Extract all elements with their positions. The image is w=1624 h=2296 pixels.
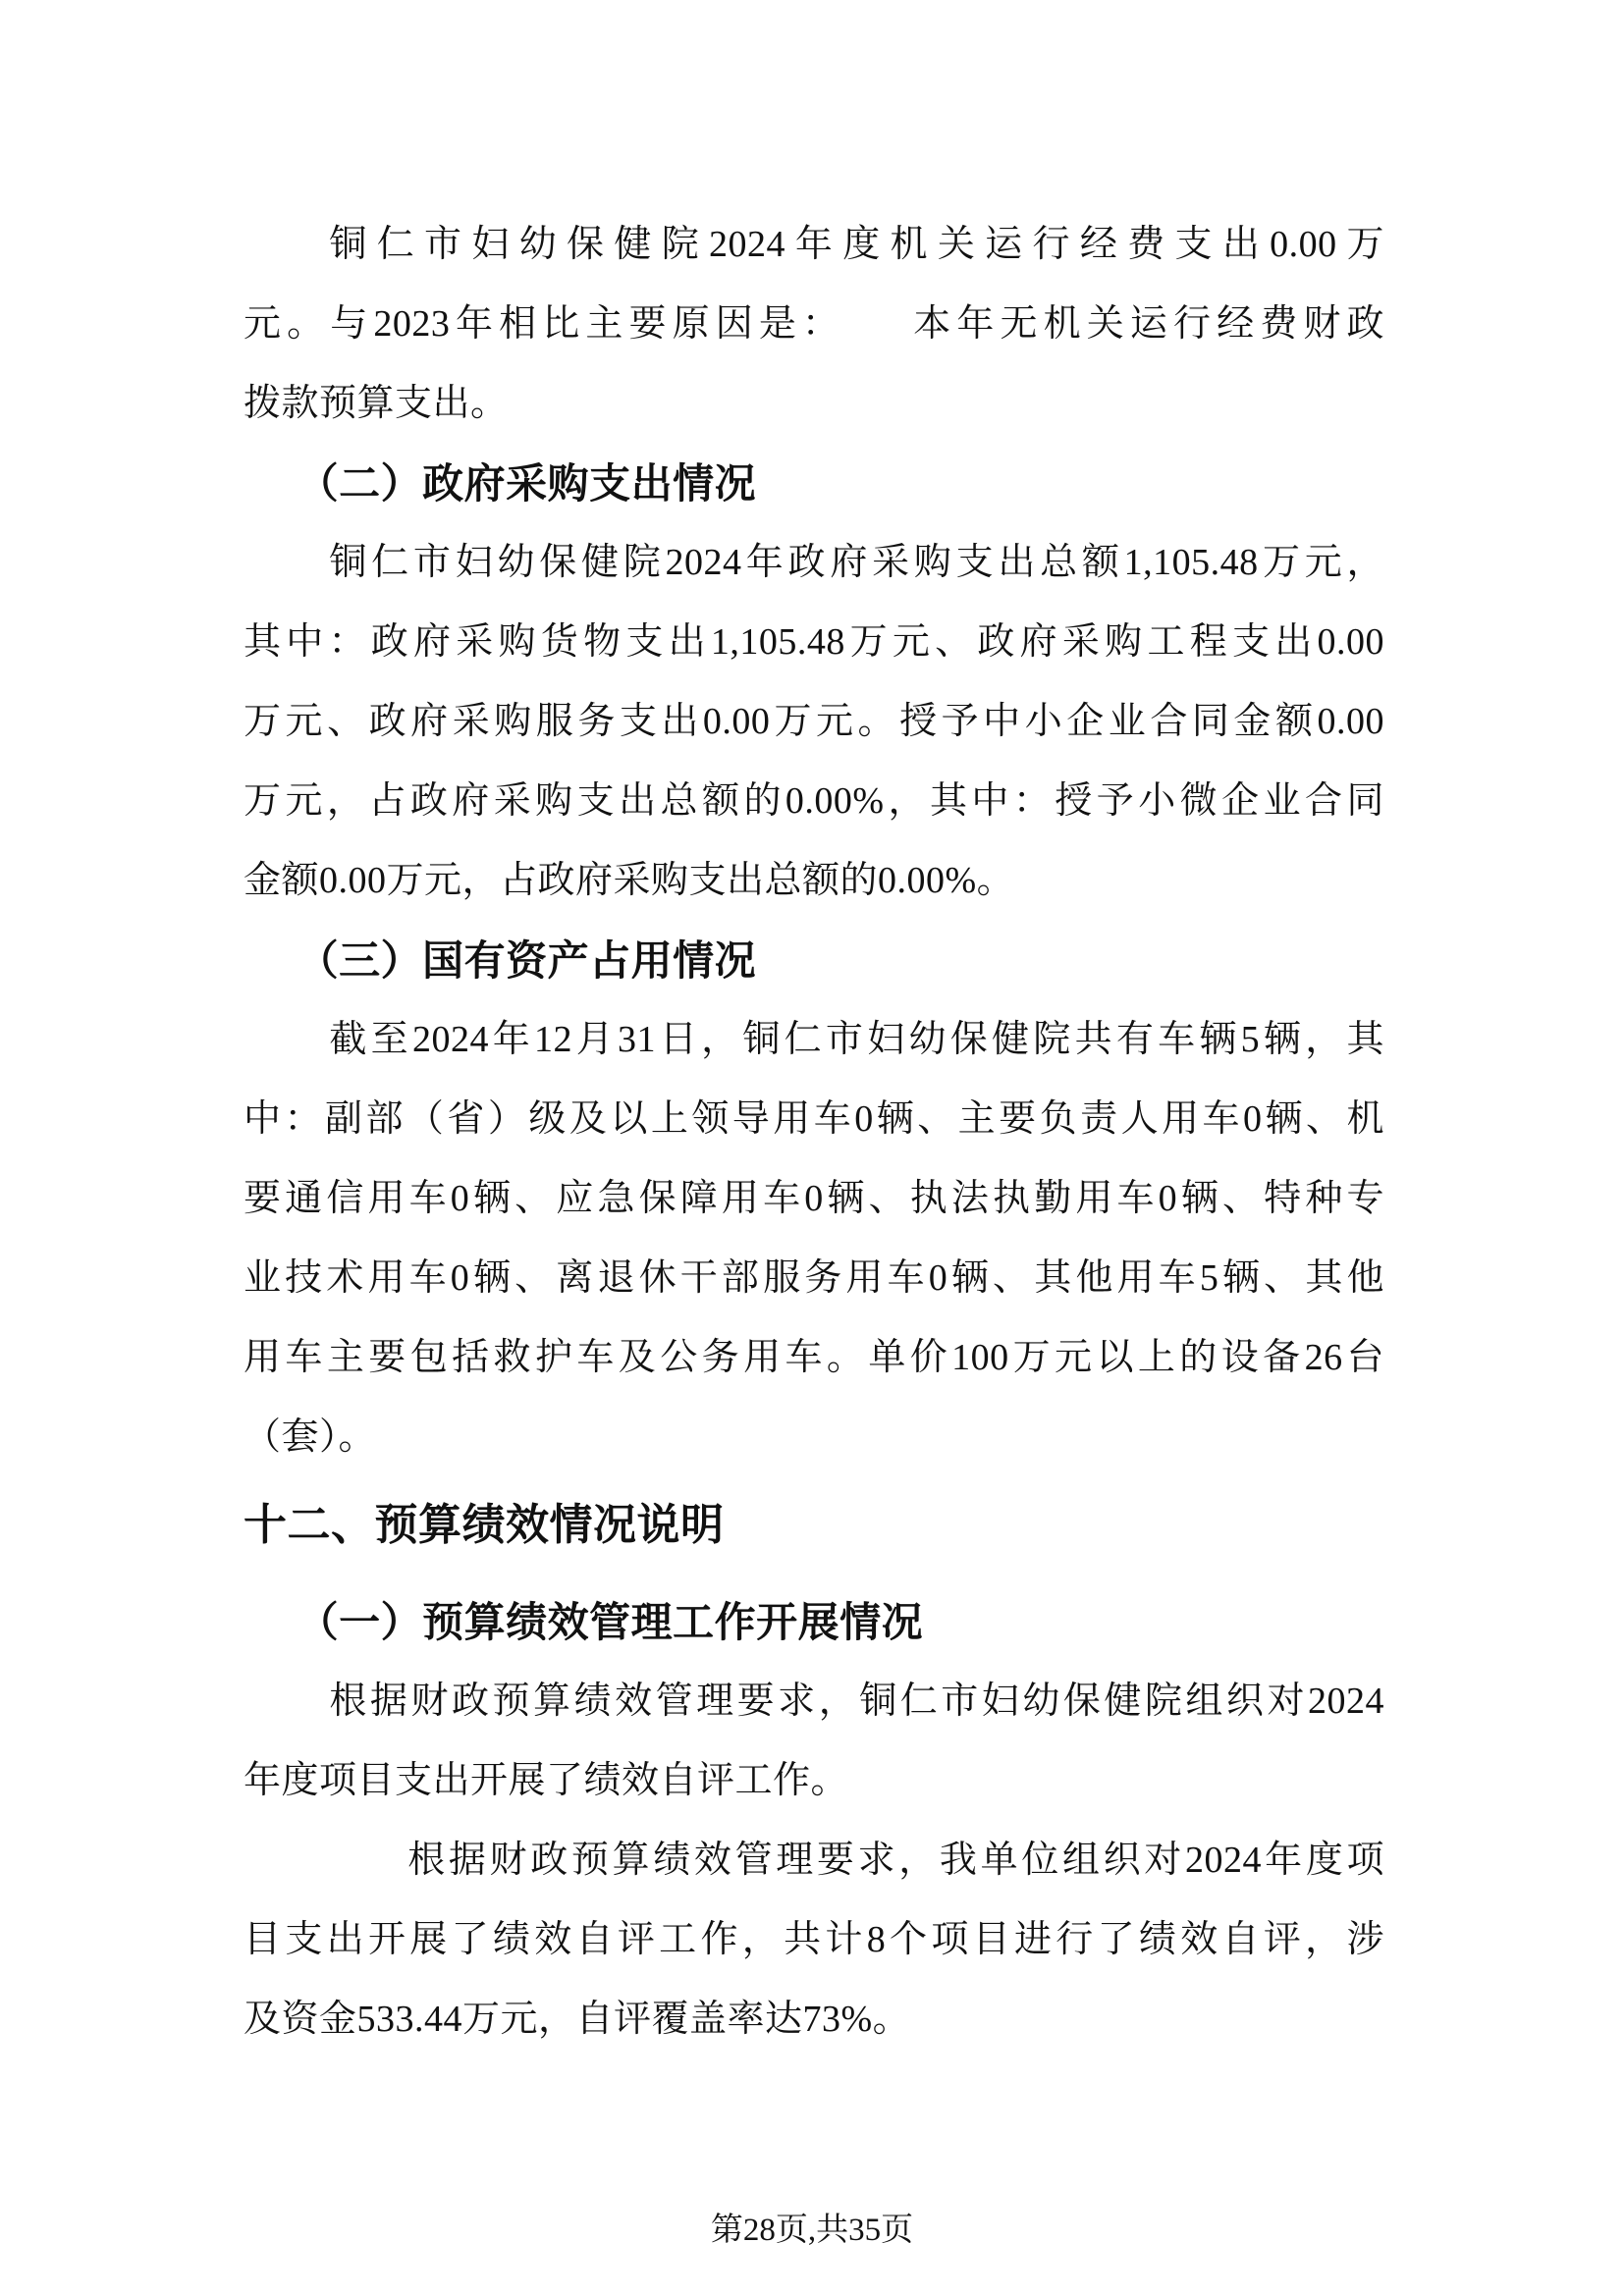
- body-text-line: 铜仁市妇幼保健院2024年度机关运行经费支出0.00万: [244, 205, 1384, 285]
- body-text-line: 其中：政府采购货物支出1,105.48万元、政府采购工程支出0.00: [244, 603, 1384, 682]
- body-text-line: 根据财政预算绩效管理要求，我单位组织对2024年度项: [244, 1821, 1384, 1900]
- page-footer: 第28页,共35页: [0, 2207, 1624, 2254]
- body-text-line: 拨款预算支出。: [244, 364, 1384, 444]
- body-text-line: 根据财政预算绩效管理要求，铜仁市妇幼保健院组织对2024: [244, 1662, 1384, 1741]
- subsection-heading: （一）预算绩效管理工作开展情况: [244, 1582, 1384, 1662]
- subsection-heading: （三）国有资产占用情况: [244, 921, 1384, 1000]
- body-text-line: 金额0.00万元，占政府采购支出总额的0.00%。: [244, 841, 1384, 921]
- body-text-line: 铜仁市妇幼保健院2024年政府采购支出总额1,105.48万元，: [244, 523, 1384, 603]
- document-page: 铜仁市妇幼保健院2024年度机关运行经费支出0.00万元。与2023年相比主要原…: [0, 0, 1624, 2296]
- body-text-line: 业技术用车0辆、离退休干部服务用车0辆、其他用车5辆、其他: [244, 1239, 1384, 1318]
- body-text-line: 要通信用车0辆、应急保障用车0辆、执法执勤用车0辆、特种专: [244, 1159, 1384, 1239]
- document-body: 铜仁市妇幼保健院2024年度机关运行经费支出0.00万元。与2023年相比主要原…: [244, 205, 1384, 2059]
- body-text-line: 年度项目支出开展了绩效自评工作。: [244, 1741, 1384, 1821]
- body-text-line: 万元、政府采购服务支出0.00万元。授予中小企业合同金额0.00: [244, 682, 1384, 762]
- body-text-line: 元。与2023年相比主要原因是： 本年无机关运行经费财政: [244, 285, 1384, 364]
- body-text-line: 及资金533.44万元，自评覆盖率达73%。: [244, 1980, 1384, 2059]
- body-text-line: （套）。: [244, 1398, 1384, 1477]
- body-text-line: 目支出开展了绩效自评工作，共计8个项目进行了绩效自评，涉: [244, 1900, 1384, 1980]
- body-text-line: 截至2024年12月31日，铜仁市妇幼保健院共有车辆5辆，其: [244, 1000, 1384, 1080]
- body-text-line: 万元，占政府采购支出总额的0.00%，其中：授予小微企业合同: [244, 762, 1384, 841]
- body-text-line: 用车主要包括救护车及公务用车。单价100万元以上的设备26台: [244, 1318, 1384, 1398]
- section-heading: 十二、预算绩效情况说明: [244, 1485, 1384, 1565]
- body-text-line: 中：副部（省）级及以上领导用车0辆、主要负责人用车0辆、机: [244, 1080, 1384, 1159]
- page-number: 第28页,共35页: [711, 2213, 913, 2248]
- subsection-heading: （二）政府采购支出情况: [244, 444, 1384, 523]
